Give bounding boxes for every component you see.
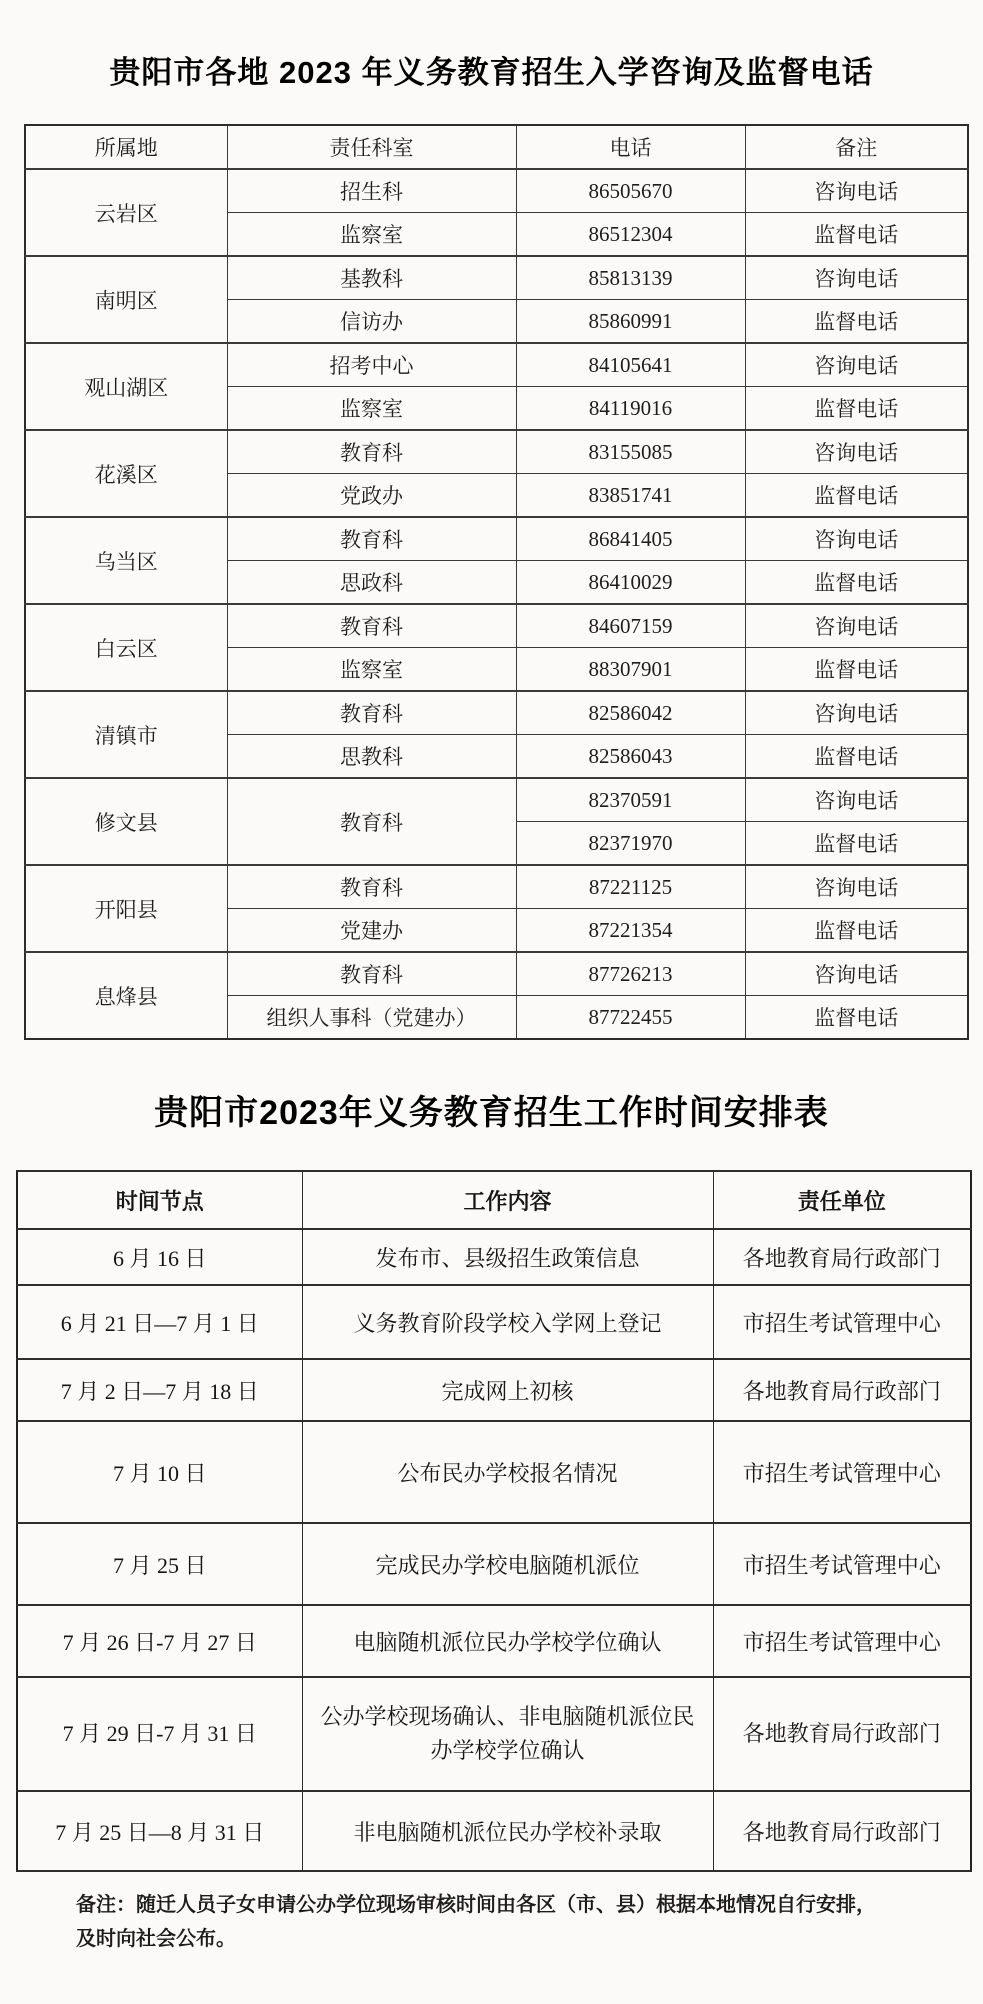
dept-cell: 思政科 bbox=[227, 561, 516, 605]
district-cell: 白云区 bbox=[25, 604, 227, 691]
unit-cell: 市招生考试管理中心 bbox=[713, 1421, 971, 1523]
phone-cell: 86505670 bbox=[516, 169, 745, 213]
header-time: 时间节点 bbox=[17, 1171, 302, 1229]
remark-cell: 咨询电话 bbox=[745, 517, 968, 561]
district-cell: 乌当区 bbox=[25, 517, 227, 604]
remark-cell: 监督电话 bbox=[745, 300, 968, 344]
table-row: 观山湖区 招考中心 84105641 咨询电话 bbox=[25, 343, 968, 387]
table-row: 开阳县 教育科 87221125 咨询电话 bbox=[25, 865, 968, 909]
dept-cell: 党建办 bbox=[227, 909, 516, 953]
phone-cell: 88307901 bbox=[516, 648, 745, 692]
footnote-line-2: 及时向社会公布。 bbox=[76, 1922, 915, 1956]
content-cell: 完成民办学校电脑随机派位 bbox=[302, 1523, 713, 1605]
remark-cell: 咨询电话 bbox=[745, 865, 968, 909]
dept-cell: 监察室 bbox=[227, 213, 516, 257]
time-cell: 6 月 21 日—7 月 1 日 bbox=[17, 1285, 302, 1359]
schedule-header-row: 时间节点 工作内容 责任单位 bbox=[17, 1171, 971, 1229]
table-row: 7 月 10 日 公布民办学校报名情况 市招生考试管理中心 bbox=[17, 1421, 971, 1523]
phone-cell: 86841405 bbox=[516, 517, 745, 561]
phone-cell: 83155085 bbox=[516, 430, 745, 474]
dept-cell: 思教科 bbox=[227, 735, 516, 779]
table-row: 息烽县 教育科 87726213 咨询电话 bbox=[25, 952, 968, 996]
content-cell: 电脑随机派位民办学校学位确认 bbox=[302, 1605, 713, 1677]
content-cell: 非电脑随机派位民办学校补录取 bbox=[302, 1791, 713, 1871]
phone-cell: 87726213 bbox=[516, 952, 745, 996]
content-cell: 义务教育阶段学校入学网上登记 bbox=[302, 1285, 713, 1359]
header-unit: 责任单位 bbox=[713, 1171, 971, 1229]
remark-cell: 咨询电话 bbox=[745, 604, 968, 648]
remark-cell: 咨询电话 bbox=[745, 952, 968, 996]
unit-cell: 市招生考试管理中心 bbox=[713, 1285, 971, 1359]
phone-cell: 86410029 bbox=[516, 561, 745, 605]
table-row: 南明区 基教科 85813139 咨询电话 bbox=[25, 256, 968, 300]
unit-cell: 市招生考试管理中心 bbox=[713, 1605, 971, 1677]
remark-cell: 监督电话 bbox=[745, 561, 968, 605]
phone-cell: 84105641 bbox=[516, 343, 745, 387]
dept-cell: 组织人事科（党建办） bbox=[227, 996, 516, 1040]
phone-cell: 85813139 bbox=[516, 256, 745, 300]
dept-cell: 教育科 bbox=[227, 430, 516, 474]
dept-cell: 党政办 bbox=[227, 474, 516, 518]
document-page: 贵阳市各地 2023 年义务教育招生入学咨询及监督电话 所属地 责任科室 电话 … bbox=[0, 0, 983, 1956]
remark-cell: 监督电话 bbox=[745, 822, 968, 866]
dept-cell: 监察室 bbox=[227, 387, 516, 431]
content-cell: 公布民办学校报名情况 bbox=[302, 1421, 713, 1523]
content-cell: 发布市、县级招生政策信息 bbox=[302, 1229, 713, 1285]
district-cell: 观山湖区 bbox=[25, 343, 227, 430]
unit-cell: 各地教育局行政部门 bbox=[713, 1791, 971, 1871]
table-row: 7 月 25 日 完成民办学校电脑随机派位 市招生考试管理中心 bbox=[17, 1523, 971, 1605]
table-row: 7 月 26 日-7 月 27 日 电脑随机派位民办学校学位确认 市招生考试管理… bbox=[17, 1605, 971, 1677]
remark-cell: 咨询电话 bbox=[745, 430, 968, 474]
phone-cell: 82371970 bbox=[516, 822, 745, 866]
time-cell: 7 月 10 日 bbox=[17, 1421, 302, 1523]
dept-cell: 教育科 bbox=[227, 691, 516, 735]
remark-cell: 监督电话 bbox=[745, 735, 968, 779]
remark-cell: 咨询电话 bbox=[745, 169, 968, 213]
unit-cell: 各地教育局行政部门 bbox=[713, 1359, 971, 1421]
time-cell: 7 月 26 日-7 月 27 日 bbox=[17, 1605, 302, 1677]
district-cell: 息烽县 bbox=[25, 952, 227, 1039]
remark-cell: 咨询电话 bbox=[745, 256, 968, 300]
remark-cell: 咨询电话 bbox=[745, 691, 968, 735]
unit-cell: 各地教育局行政部门 bbox=[713, 1677, 971, 1791]
header-department: 责任科室 bbox=[227, 125, 516, 169]
district-cell: 云岩区 bbox=[25, 169, 227, 256]
dept-cell: 招生科 bbox=[227, 169, 516, 213]
remark-cell: 监督电话 bbox=[745, 213, 968, 257]
table-row: 7 月 25 日—8 月 31 日 非电脑随机派位民办学校补录取 各地教育局行政… bbox=[17, 1791, 971, 1871]
phone-cell: 82586042 bbox=[516, 691, 745, 735]
unit-cell: 各地教育局行政部门 bbox=[713, 1229, 971, 1285]
time-cell: 6 月 16 日 bbox=[17, 1229, 302, 1285]
phone-cell: 82586043 bbox=[516, 735, 745, 779]
district-cell: 修文县 bbox=[25, 778, 227, 865]
table-row: 修文县 教育科 82370591 咨询电话 bbox=[25, 778, 968, 822]
table-row: 6 月 21 日—7 月 1 日 义务教育阶段学校入学网上登记 市招生考试管理中… bbox=[17, 1285, 971, 1359]
dept-cell: 教育科 bbox=[227, 604, 516, 648]
district-cell: 南明区 bbox=[25, 256, 227, 343]
remark-cell: 监督电话 bbox=[745, 648, 968, 692]
table-row: 6 月 16 日 发布市、县级招生政策信息 各地教育局行政部门 bbox=[17, 1229, 971, 1285]
header-content: 工作内容 bbox=[302, 1171, 713, 1229]
remark-cell: 监督电话 bbox=[745, 909, 968, 953]
content-cell: 公办学校现场确认、非电脑随机派位民办学校学位确认 bbox=[302, 1677, 713, 1791]
table-row: 7 月 29 日-7 月 31 日 公办学校现场确认、非电脑随机派位民办学校学位… bbox=[17, 1677, 971, 1791]
phone-cell: 87722455 bbox=[516, 996, 745, 1040]
phone-cell: 86512304 bbox=[516, 213, 745, 257]
phone-table: 所属地 责任科室 电话 备注 云岩区 招生科 86505670 咨询电话 监察室… bbox=[24, 124, 969, 1040]
dept-cell: 基教科 bbox=[227, 256, 516, 300]
table-row: 清镇市 教育科 82586042 咨询电话 bbox=[25, 691, 968, 735]
header-phone: 电话 bbox=[516, 125, 745, 169]
phone-cell: 82370591 bbox=[516, 778, 745, 822]
time-cell: 7 月 25 日—8 月 31 日 bbox=[17, 1791, 302, 1871]
phone-table-title: 贵阳市各地 2023 年义务教育招生入学咨询及监督电话 bbox=[0, 0, 983, 94]
district-cell: 开阳县 bbox=[25, 865, 227, 952]
content-cell: 完成网上初核 bbox=[302, 1359, 713, 1421]
dept-cell: 监察室 bbox=[227, 648, 516, 692]
table-row: 云岩区 招生科 86505670 咨询电话 bbox=[25, 169, 968, 213]
time-cell: 7 月 2 日—7 月 18 日 bbox=[17, 1359, 302, 1421]
remark-cell: 咨询电话 bbox=[745, 778, 968, 822]
table-row: 花溪区 教育科 83155085 咨询电话 bbox=[25, 430, 968, 474]
district-cell: 花溪区 bbox=[25, 430, 227, 517]
remark-cell: 监督电话 bbox=[745, 474, 968, 518]
dept-cell: 教育科 bbox=[227, 778, 516, 865]
header-remark: 备注 bbox=[745, 125, 968, 169]
remark-cell: 监督电话 bbox=[745, 387, 968, 431]
schedule-table-title: 贵阳市2023年义务教育招生工作时间安排表 bbox=[0, 1090, 983, 1136]
table-row: 乌当区 教育科 86841405 咨询电话 bbox=[25, 517, 968, 561]
table-row: 白云区 教育科 84607159 咨询电话 bbox=[25, 604, 968, 648]
dept-cell: 教育科 bbox=[227, 865, 516, 909]
phone-cell: 84607159 bbox=[516, 604, 745, 648]
phone-cell: 85860991 bbox=[516, 300, 745, 344]
phone-table-header-row: 所属地 责任科室 电话 备注 bbox=[25, 125, 968, 169]
remark-cell: 咨询电话 bbox=[745, 343, 968, 387]
dept-cell: 信访办 bbox=[227, 300, 516, 344]
phone-cell: 87221125 bbox=[516, 865, 745, 909]
dept-cell: 教育科 bbox=[227, 517, 516, 561]
dept-cell: 招考中心 bbox=[227, 343, 516, 387]
dept-cell: 教育科 bbox=[227, 952, 516, 996]
time-cell: 7 月 25 日 bbox=[17, 1523, 302, 1605]
footnote-line-1: 备注：随迁人员子女申请公办学位现场审核时间由各区（市、县）根据本地情况自行安排， bbox=[76, 1888, 915, 1922]
phone-cell: 84119016 bbox=[516, 387, 745, 431]
remark-cell: 监督电话 bbox=[745, 996, 968, 1040]
unit-cell: 市招生考试管理中心 bbox=[713, 1523, 971, 1605]
phone-cell: 83851741 bbox=[516, 474, 745, 518]
table-row: 7 月 2 日—7 月 18 日 完成网上初核 各地教育局行政部门 bbox=[17, 1359, 971, 1421]
schedule-table: 时间节点 工作内容 责任单位 6 月 16 日 发布市、县级招生政策信息 各地教… bbox=[16, 1170, 972, 1872]
footnote: 备注：随迁人员子女申请公办学位现场审核时间由各区（市、县）根据本地情况自行安排，… bbox=[76, 1888, 915, 1956]
header-district: 所属地 bbox=[25, 125, 227, 169]
district-cell: 清镇市 bbox=[25, 691, 227, 778]
time-cell: 7 月 29 日-7 月 31 日 bbox=[17, 1677, 302, 1791]
phone-cell: 87221354 bbox=[516, 909, 745, 953]
